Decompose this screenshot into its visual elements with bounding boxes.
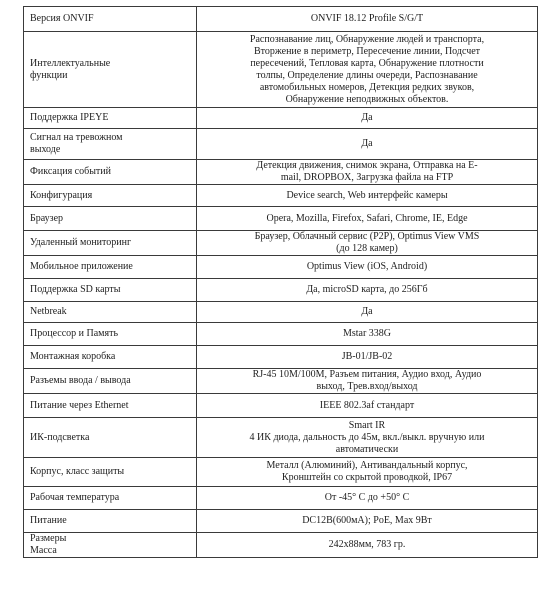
spec-value-text: Да: [203, 306, 531, 318]
spec-label-text: Браузер: [30, 213, 190, 225]
spec-value-text: Да: [203, 138, 531, 150]
spec-value-text: Да: [203, 112, 531, 124]
spec-row: Монтажная коробкаJB-01/JB-02: [24, 346, 538, 369]
spec-table: Версия ONVIFONVIF 18.12 Profile S/G/TИнт…: [23, 6, 538, 558]
spec-value-text: Device search, Web интерфейс камеры: [203, 190, 531, 202]
spec-label-text: Фиксация событий: [30, 166, 190, 178]
spec-value-text: автомобильных номеров, Детекция редких з…: [203, 82, 531, 94]
spec-value-cell: Device search, Web интерфейс камеры: [197, 185, 538, 207]
spec-label-text: Процессор и Память: [30, 328, 190, 340]
spec-label-cell: Питание через Ethernet: [24, 394, 197, 418]
spec-value-cell: DC12B(600мА); PoE, Max 9Вт: [197, 510, 538, 533]
spec-label-text: ИК-подсветка: [30, 432, 190, 444]
spec-label-cell: Разъемы ввода / вывода: [24, 369, 197, 394]
spec-label-text: Питание: [30, 515, 190, 527]
spec-row: Поддержка IPEYEДа: [24, 108, 538, 129]
spec-value-cell: Smart IR4 ИК диода, дальность до 45м, вк…: [197, 418, 538, 458]
spec-value-text: mail, DROPBOX, Загрузка файла на FTP: [203, 172, 531, 184]
spec-label-text: Интеллектуальные: [30, 58, 190, 70]
spec-value-cell: Металл (Алюминий), Антивандальный корпус…: [197, 458, 538, 487]
spec-row: Корпус, класс защитыМеталл (Алюминий), А…: [24, 458, 538, 487]
spec-value-text: IEEE 802.3af стандарт: [203, 400, 531, 412]
spec-row: ИК-подсветкаSmart IR4 ИК диода, дальност…: [24, 418, 538, 458]
spec-value-text: 242x88мм, 783 гр.: [203, 539, 531, 551]
spec-label-cell: Поддержка IPEYE: [24, 108, 197, 129]
spec-label-cell: РазмерыМасса: [24, 533, 197, 558]
spec-label-text: Размеры: [30, 533, 190, 545]
spec-label-cell: Фиксация событий: [24, 160, 197, 185]
spec-row: Сигнал на тревожномвыходеДа: [24, 129, 538, 160]
spec-value-cell: RJ-45 10M/100M, Разъем питания, Аудио вх…: [197, 369, 538, 394]
spec-row: Версия ONVIFONVIF 18.12 Profile S/G/T: [24, 7, 538, 32]
spec-value-cell: ONVIF 18.12 Profile S/G/T: [197, 7, 538, 32]
spec-label-text: Питание через Ethernet: [30, 400, 190, 412]
spec-value-cell: 242x88мм, 783 гр.: [197, 533, 538, 558]
spec-value-text: выход, Трев.вход/выход: [203, 381, 531, 393]
spec-label-text: Разъемы ввода / вывода: [30, 375, 190, 387]
spec-label-text: Масса: [30, 545, 190, 557]
spec-value-text: пересечений, Тепловая карта, Обнаружение…: [203, 58, 531, 70]
spec-label-text: Монтажная коробка: [30, 351, 190, 363]
spec-value-cell: От -45° C до +50° C: [197, 487, 538, 510]
spec-value-text: Smart IR: [203, 420, 531, 432]
spec-row: КонфигурацияDevice search, Web интерфейс…: [24, 185, 538, 207]
spec-label-text: Конфигурация: [30, 190, 190, 202]
spec-value-text: Детекция движения, снимок экрана, Отправ…: [203, 160, 531, 172]
spec-value-cell: Детекция движения, снимок экрана, Отправ…: [197, 160, 538, 185]
spec-value-text: Металл (Алюминий), Антивандальный корпус…: [203, 460, 531, 472]
spec-value-cell: Opera, Mozilla, Firefox, Safari, Chrome,…: [197, 207, 538, 231]
spec-label-text: Поддержка IPEYE: [30, 112, 190, 124]
spec-value-cell: Да: [197, 108, 538, 129]
spec-value-text: JB-01/JB-02: [203, 351, 531, 363]
spec-value-text: DC12B(600мА); PoE, Max 9Вт: [203, 515, 531, 527]
spec-value-text: Распознавание лиц, Обнаружение людей и т…: [203, 34, 531, 46]
spec-value-text: (до 128 камер): [203, 243, 531, 255]
spec-row: Процессор и ПамятьMstar 338G: [24, 323, 538, 346]
spec-row: БраузерOpera, Mozilla, Firefox, Safari, …: [24, 207, 538, 231]
spec-label-cell: Конфигурация: [24, 185, 197, 207]
spec-value-text: Mstar 338G: [203, 328, 531, 340]
spec-value-text: Да, microSD карта, до 256Гб: [203, 284, 531, 296]
spec-label-text: Рабочая температура: [30, 492, 190, 504]
spec-label-cell: Процессор и Память: [24, 323, 197, 346]
spec-label-text: Сигнал на тревожном: [30, 132, 190, 144]
spec-value-text: Браузер, Облачный сервис (P2P), Optimus …: [203, 231, 531, 243]
spec-row: ПитаниеDC12B(600мА); PoE, Max 9Вт: [24, 510, 538, 533]
spec-value-cell: IEEE 802.3af стандарт: [197, 394, 538, 418]
spec-value-cell: Optimus View (iOS, Android): [197, 256, 538, 279]
spec-value-cell: Браузер, Облачный сервис (P2P), Optimus …: [197, 231, 538, 256]
spec-value-text: толпы, Определение длины очереди, Распоз…: [203, 70, 531, 82]
spec-label-text: выходе: [30, 144, 190, 156]
spec-row: Рабочая температураОт -45° C до +50° C: [24, 487, 538, 510]
spec-row: Удаленный мониторингБраузер, Облачный се…: [24, 231, 538, 256]
spec-value-text: 4 ИК диода, дальность до 45м, вкл./выкл.…: [203, 432, 531, 444]
spec-value-text: ONVIF 18.12 Profile S/G/T: [203, 13, 531, 25]
spec-label-cell: Браузер: [24, 207, 197, 231]
spec-label-text: Netbreak: [30, 306, 190, 318]
spec-value-text: автоматически: [203, 444, 531, 456]
spec-table-body: Версия ONVIFONVIF 18.12 Profile S/G/TИнт…: [24, 7, 538, 558]
spec-value-text: От -45° C до +50° C: [203, 492, 531, 504]
spec-label-text: Поддержка SD карты: [30, 284, 190, 296]
spec-label-cell: Питание: [24, 510, 197, 533]
spec-label-cell: Монтажная коробка: [24, 346, 197, 369]
spec-label-cell: Мобильное приложение: [24, 256, 197, 279]
spec-row: РазмерыМасса242x88мм, 783 гр.: [24, 533, 538, 558]
spec-label-text: функции: [30, 70, 190, 82]
spec-label-cell: Сигнал на тревожномвыходе: [24, 129, 197, 160]
spec-label-cell: Поддержка SD карты: [24, 279, 197, 302]
spec-label-text: Удаленный мониторинг: [30, 237, 190, 249]
spec-value-text: Вторжение в периметр, Пересечение линии,…: [203, 46, 531, 58]
spec-row: ИнтеллектуальныефункцииРаспознавание лиц…: [24, 32, 538, 108]
spec-value-cell: Да, microSD карта, до 256Гб: [197, 279, 538, 302]
spec-value-text: Обнаружение неподвижных объектов.: [203, 94, 531, 106]
spec-label-text: Версия ONVIF: [30, 13, 190, 25]
spec-label-text: Мобильное приложение: [30, 261, 190, 273]
spec-value-text: Кронштейн со скрытой проводкой, IP67: [203, 472, 531, 484]
spec-value-cell: Да: [197, 302, 538, 323]
spec-value-cell: JB-01/JB-02: [197, 346, 538, 369]
spec-row: Поддержка SD картыДа, microSD карта, до …: [24, 279, 538, 302]
spec-label-cell: Рабочая температура: [24, 487, 197, 510]
spec-label-cell: Версия ONVIF: [24, 7, 197, 32]
spec-value-cell: Да: [197, 129, 538, 160]
spec-value-text: Optimus View (iOS, Android): [203, 261, 531, 273]
spec-value-cell: Mstar 338G: [197, 323, 538, 346]
spec-value-text: Opera, Mozilla, Firefox, Safari, Chrome,…: [203, 213, 531, 225]
spec-row: NetbreakДа: [24, 302, 538, 323]
spec-label-cell: Корпус, класс защиты: [24, 458, 197, 487]
spec-label-cell: Интеллектуальныефункции: [24, 32, 197, 108]
spec-label-cell: Удаленный мониторинг: [24, 231, 197, 256]
spec-value-text: RJ-45 10M/100M, Разъем питания, Аудио вх…: [203, 369, 531, 381]
spec-label-text: Корпус, класс защиты: [30, 466, 190, 478]
spec-value-cell: Распознавание лиц, Обнаружение людей и т…: [197, 32, 538, 108]
spec-row: Питание через EthernetIEEE 802.3af станд…: [24, 394, 538, 418]
spec-row: Разъемы ввода / выводаRJ-45 10M/100M, Ра…: [24, 369, 538, 394]
spec-row: Мобильное приложениеOptimus View (iOS, A…: [24, 256, 538, 279]
spec-label-cell: ИК-подсветка: [24, 418, 197, 458]
spec-row: Фиксация событийДетекция движения, снимо…: [24, 160, 538, 185]
spec-label-cell: Netbreak: [24, 302, 197, 323]
